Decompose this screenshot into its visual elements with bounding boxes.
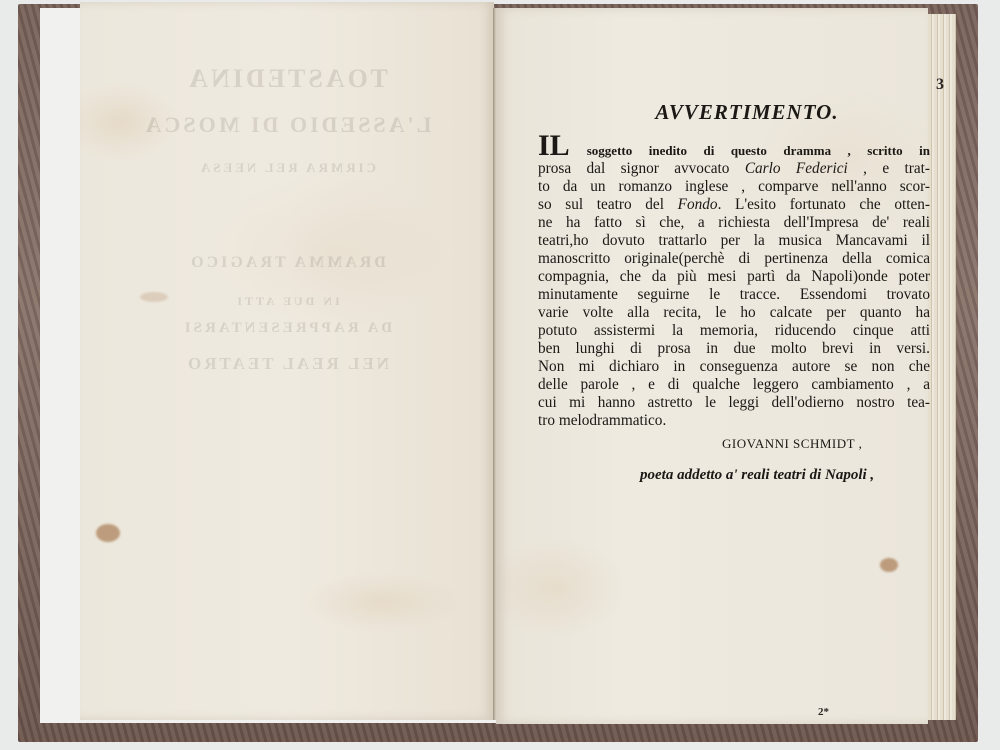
text-line: Non mi dichiaro in conseguenza autore se… <box>538 358 930 376</box>
text-line: ben lunghi di prosa in due molto brevi i… <box>538 340 930 358</box>
text-line: potuto assistermi la memoria, riducendo … <box>538 322 930 340</box>
text-line: compagnia, che da più mesi partì da Napo… <box>538 268 930 286</box>
text-line: delle parole , e di qualche leggero camb… <box>538 376 930 394</box>
text-line: teatri,ho dovuto trattarlo per la musica… <box>538 232 930 250</box>
text-line: IL soggetto inedito di questo dramma , s… <box>538 137 930 160</box>
text-line: minutamente seguirne le tracce. Essendom… <box>538 286 930 304</box>
text-line: prosa dal signor avvocato Carlo Federici… <box>538 160 930 178</box>
text-line: tro melodrammatico. <box>538 412 930 430</box>
text-line: manoscritto originale(perchè di pertinen… <box>538 250 930 268</box>
text-line: varie volte alla recita, le ho calcate p… <box>538 304 930 322</box>
show-through-line: NEL REAL TEATRO <box>80 354 494 374</box>
foxing-stain <box>140 292 168 302</box>
show-through-line: CIRMRA REL NEESA <box>80 160 494 176</box>
notice-paragraph: IL soggetto inedito di questo dramma , s… <box>538 137 930 430</box>
foxing-stain <box>96 524 120 542</box>
foxing-stain <box>880 558 898 572</box>
page-edges <box>928 14 956 720</box>
text-line: cui mi hanno astretto le leggi dell'odie… <box>538 394 930 412</box>
text-line: to da un romanzo inglese , comparve nell… <box>538 178 930 196</box>
show-through-line: DA RAPPRESENTARSI <box>80 320 494 337</box>
page-number: 3 <box>936 76 944 94</box>
signature-mark: 2* <box>818 706 829 718</box>
text-line: so sul teatro del Fondo. L'esito fortuna… <box>538 196 930 214</box>
text-line: ne ha fatto sì che, a richiesta dell'Imp… <box>538 214 930 232</box>
left-page: TOASTEDINA L'ASSEDIO DI MOSCA CIRMRA REL… <box>80 2 494 720</box>
page-title: AVVERTIMENTO. <box>564 100 930 125</box>
author-name: GIOVANNI SCHMIDT , <box>722 436 862 452</box>
show-through-line: DRAMMA TRAGICO <box>80 254 494 272</box>
drop-cap: IL <box>538 129 570 162</box>
show-through-line: L'ASSEDIO DI MOSCA <box>80 112 494 138</box>
author-role: poeta addetto a' reali teatri di Napoli … <box>640 467 874 484</box>
show-through-line: TOASTEDINA <box>80 64 494 94</box>
right-page-text: AVVERTIMENTO. IL soggetto inedito di que… <box>538 100 930 430</box>
